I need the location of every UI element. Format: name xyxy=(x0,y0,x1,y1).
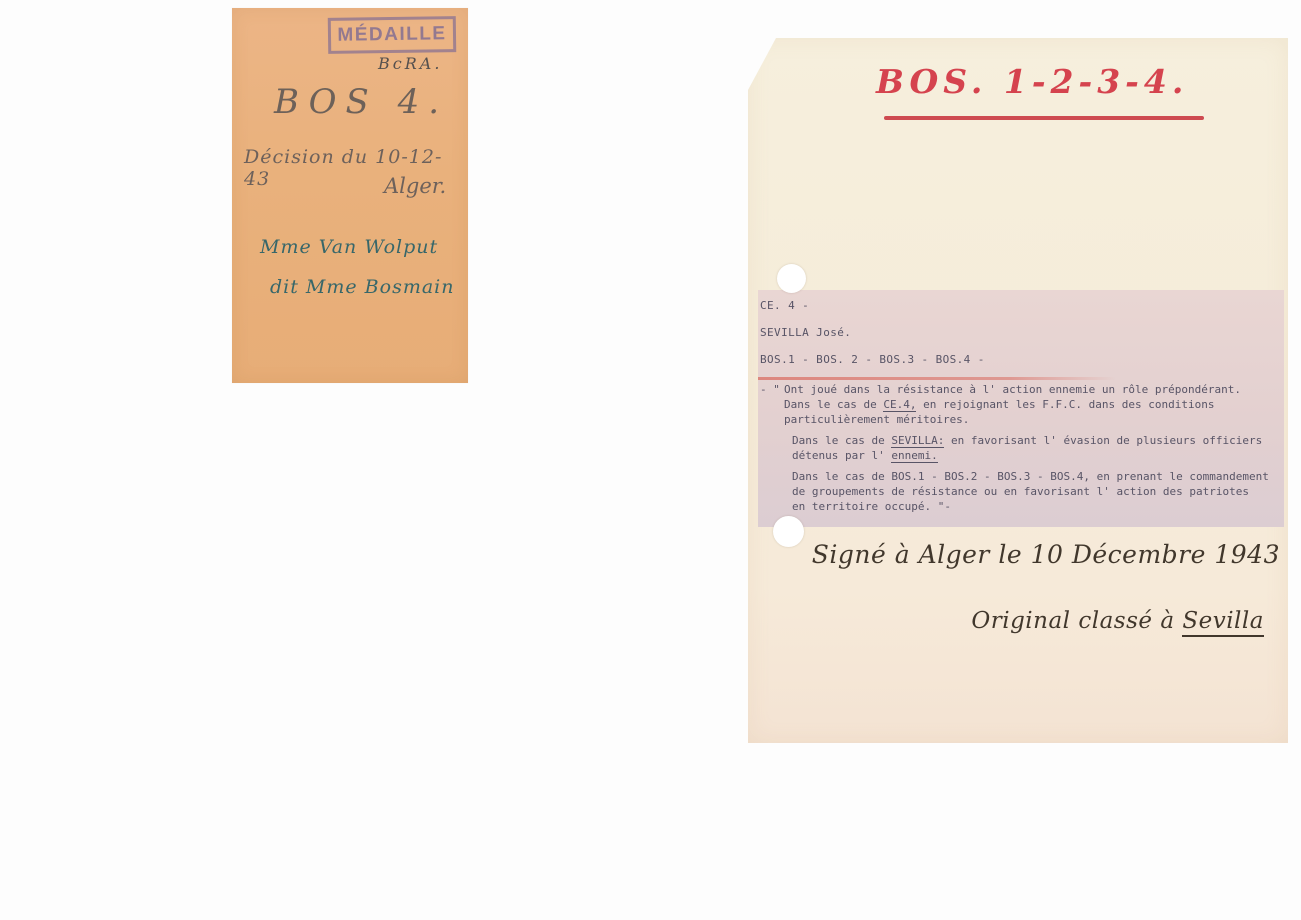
card-title: BOS 4. xyxy=(274,82,448,122)
typed-header: CE. 4 - SEVILLA José. BOS.1 - BOS. 2 - B… xyxy=(760,298,985,379)
p1-line2-underlined: CE.4, xyxy=(883,398,916,412)
punch-hole-bottom xyxy=(773,516,804,547)
p1-line2-post: en rejoignant les F.F.C. dans des condit… xyxy=(916,398,1214,411)
document-title-underline xyxy=(884,116,1204,120)
citation-document: BOS. 1-2-3-4. CE. 4 - SEVILLA José. BOS.… xyxy=(748,38,1288,743)
typed-paragraphs: - " Ont joué dans la résistance à l' act… xyxy=(760,382,1269,520)
scan-canvas: MÉDAILLE BcRA. BOS 4. Décision du 10-12-… xyxy=(0,0,1301,920)
p2-line1-pre: Dans le cas de xyxy=(792,434,891,447)
p2-line1-underlined: SEVILLA: xyxy=(891,434,944,448)
index-card: MÉDAILLE BcRA. BOS 4. Décision du 10-12-… xyxy=(232,8,468,383)
filing-line-underlined: Sevilla xyxy=(1182,608,1264,637)
paragraph-sevilla: Dans le cas de SEVILLA: en favorisant l'… xyxy=(760,433,1269,463)
bcra-label: BcRA. xyxy=(378,54,442,73)
p3-line3: en territoire occupé. "- xyxy=(792,500,951,513)
person-alias-line: dit Mme Bosmain xyxy=(270,276,454,298)
decision-place: Alger. xyxy=(384,174,446,198)
medaille-stamp-label: MÉDAILLE xyxy=(337,23,446,47)
p1-line3: particulièrement méritoires. xyxy=(784,413,969,426)
typed-slip: CE. 4 - SEVILLA José. BOS.1 - BOS. 2 - B… xyxy=(758,290,1284,527)
signature-filing-line: Original classé à Sevilla xyxy=(971,608,1264,634)
p2-line1-post: en favorisant l' évasion de plusieurs of… xyxy=(944,434,1262,447)
paragraph-citation-general-body: Ont joué dans la résistance à l' action … xyxy=(784,382,1241,427)
quote-marker: - " xyxy=(760,382,784,427)
filing-line-pre: Original classé à xyxy=(971,608,1182,634)
p3-line2: de groupements de résistance ou en favor… xyxy=(792,485,1249,498)
p2-line2-underlined: ennemi. xyxy=(891,449,937,463)
p3-line1: Dans le cas de BOS.1 - BOS.2 - BOS.3 - B… xyxy=(792,470,1269,483)
paragraph-citation-general: - " Ont joué dans la résistance à l' act… xyxy=(760,382,1269,427)
typed-header-line-ce: CE. 4 - xyxy=(760,298,985,313)
punch-hole-top xyxy=(777,264,806,293)
document-title: BOS. 1-2-3-4. xyxy=(876,62,1188,101)
red-underline-rule xyxy=(758,377,1116,380)
medaille-stamp: MÉDAILLE xyxy=(328,16,456,54)
typed-header-line-sevilla: SEVILLA José. xyxy=(760,325,985,340)
person-name-line: Mme Van Wolput xyxy=(260,236,438,258)
typed-header-line-bos: BOS.1 - BOS. 2 - BOS.3 - BOS.4 - xyxy=(760,352,985,367)
p1-line1: Ont joué dans la résistance à l' action … xyxy=(784,383,1241,396)
p1-line2-pre: Dans le cas de xyxy=(784,398,883,411)
p2-line2-pre: détenus par l' xyxy=(792,449,891,462)
signature-place-date: Signé à Alger le 10 Décembre 1943 xyxy=(812,540,1280,569)
paragraph-bos: Dans le cas de BOS.1 - BOS.2 - BOS.3 - B… xyxy=(760,469,1269,514)
